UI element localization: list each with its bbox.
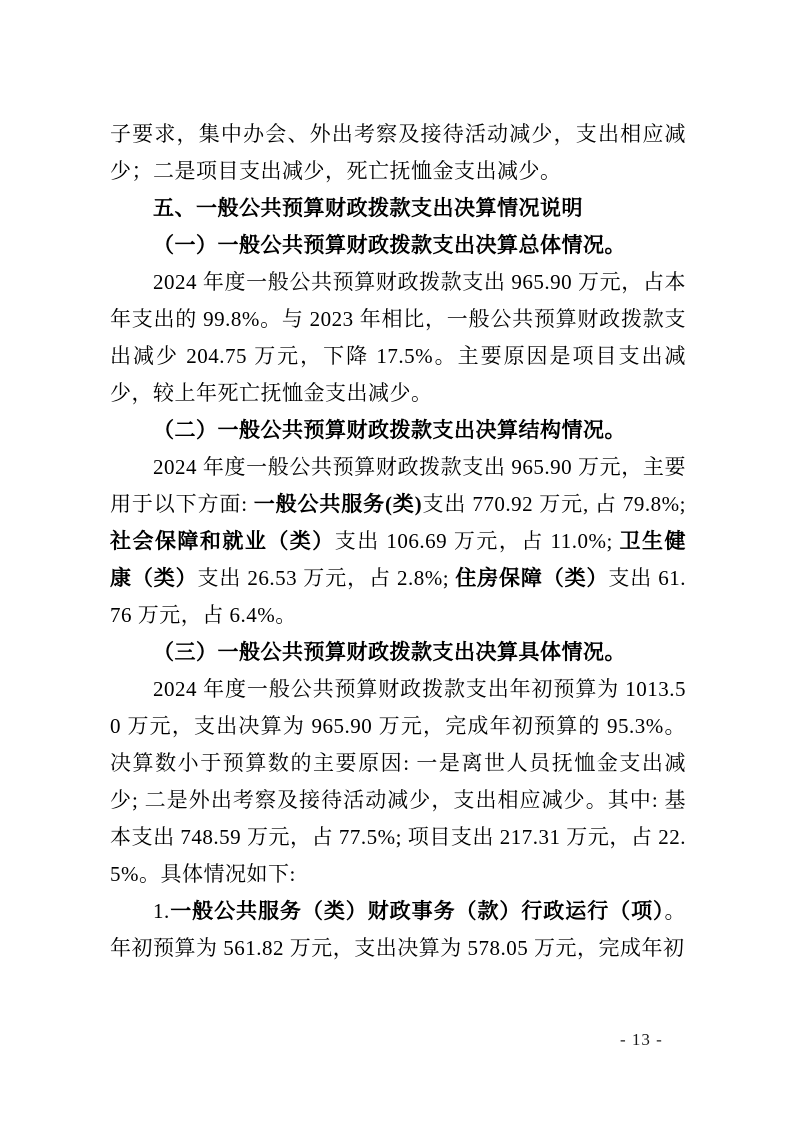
paragraph-continuation: 子要求，集中办会、外出考察及接待活动减少，支出相应减少；二是项目支出减少，死亡抚… (110, 116, 686, 190)
text-run: 2024 年度一般公共预算财政拨款支出 965.90 万元，占本年支出的 99.… (110, 270, 686, 405)
paragraph-overall-situation: 2024 年度一般公共预算财政拨款支出 965.90 万元，占本年支出的 99.… (110, 264, 686, 412)
text-run: （一）一般公共预算财政拨款支出决算总体情况。 (153, 233, 626, 257)
text-run-category-general-public-services: 一般公共服务(类) (254, 492, 422, 516)
text-run: 支出 106.69 万元，占 11.0%; (335, 529, 620, 553)
text-run-item-1-title: 一般公共服务（类）财政事务（款）行政运行（项） (170, 899, 665, 923)
section-heading-5: 五、一般公共预算财政拨款支出决算情况说明 (110, 190, 686, 227)
text-run: （三）一般公共预算财政拨款支出决算具体情况。 (153, 640, 626, 664)
paragraph-detail-situation: 2024 年度一般公共预算财政拨款支出年初预算为 1013.50 万元，支出决算… (110, 671, 686, 893)
document-page: 子要求，集中办会、外出考察及接待活动减少，支出相应减少；二是项目支出减少，死亡抚… (110, 116, 686, 967)
text-run: 五、一般公共预算财政拨款支出决算情况说明 (153, 196, 583, 220)
subsection-heading-5-2: （二）一般公共预算财政拨款支出决算结构情况。 (110, 412, 686, 449)
text-run-category-housing: 住房保障（类） (455, 566, 608, 590)
text-run: （二）一般公共预算财政拨款支出决算结构情况。 (153, 418, 626, 442)
paragraph-structure: 2024 年度一般公共预算财政拨款支出 965.90 万元，主要用于以下方面: … (110, 449, 686, 634)
paragraph-item-1: 1.一般公共服务（类）财政事务（款）行政运行（项）。年初预算为 561.82 万… (110, 893, 686, 967)
subsection-heading-5-3: （三）一般公共预算财政拨款支出决算具体情况。 (110, 634, 686, 671)
text-run-item-number: 1. (153, 899, 170, 923)
subsection-heading-5-1: （一）一般公共预算财政拨款支出决算总体情况。 (110, 227, 686, 264)
text-run: 2024 年度一般公共预算财政拨款支出年初预算为 1013.50 万元，支出决算… (110, 677, 686, 886)
page-number: - 13 - (620, 1029, 663, 1051)
text-run: 子要求，集中办会、外出考察及接待活动减少，支出相应减少；二是项目支出减少，死亡抚… (110, 122, 686, 183)
text-run: 支出 770.92 万元, 占 79.8%; (422, 492, 686, 516)
text-run-category-social-security: 社会保障和就业（类） (110, 529, 335, 553)
text-run: 支出 26.53 万元，占 2.8%; (198, 566, 456, 590)
